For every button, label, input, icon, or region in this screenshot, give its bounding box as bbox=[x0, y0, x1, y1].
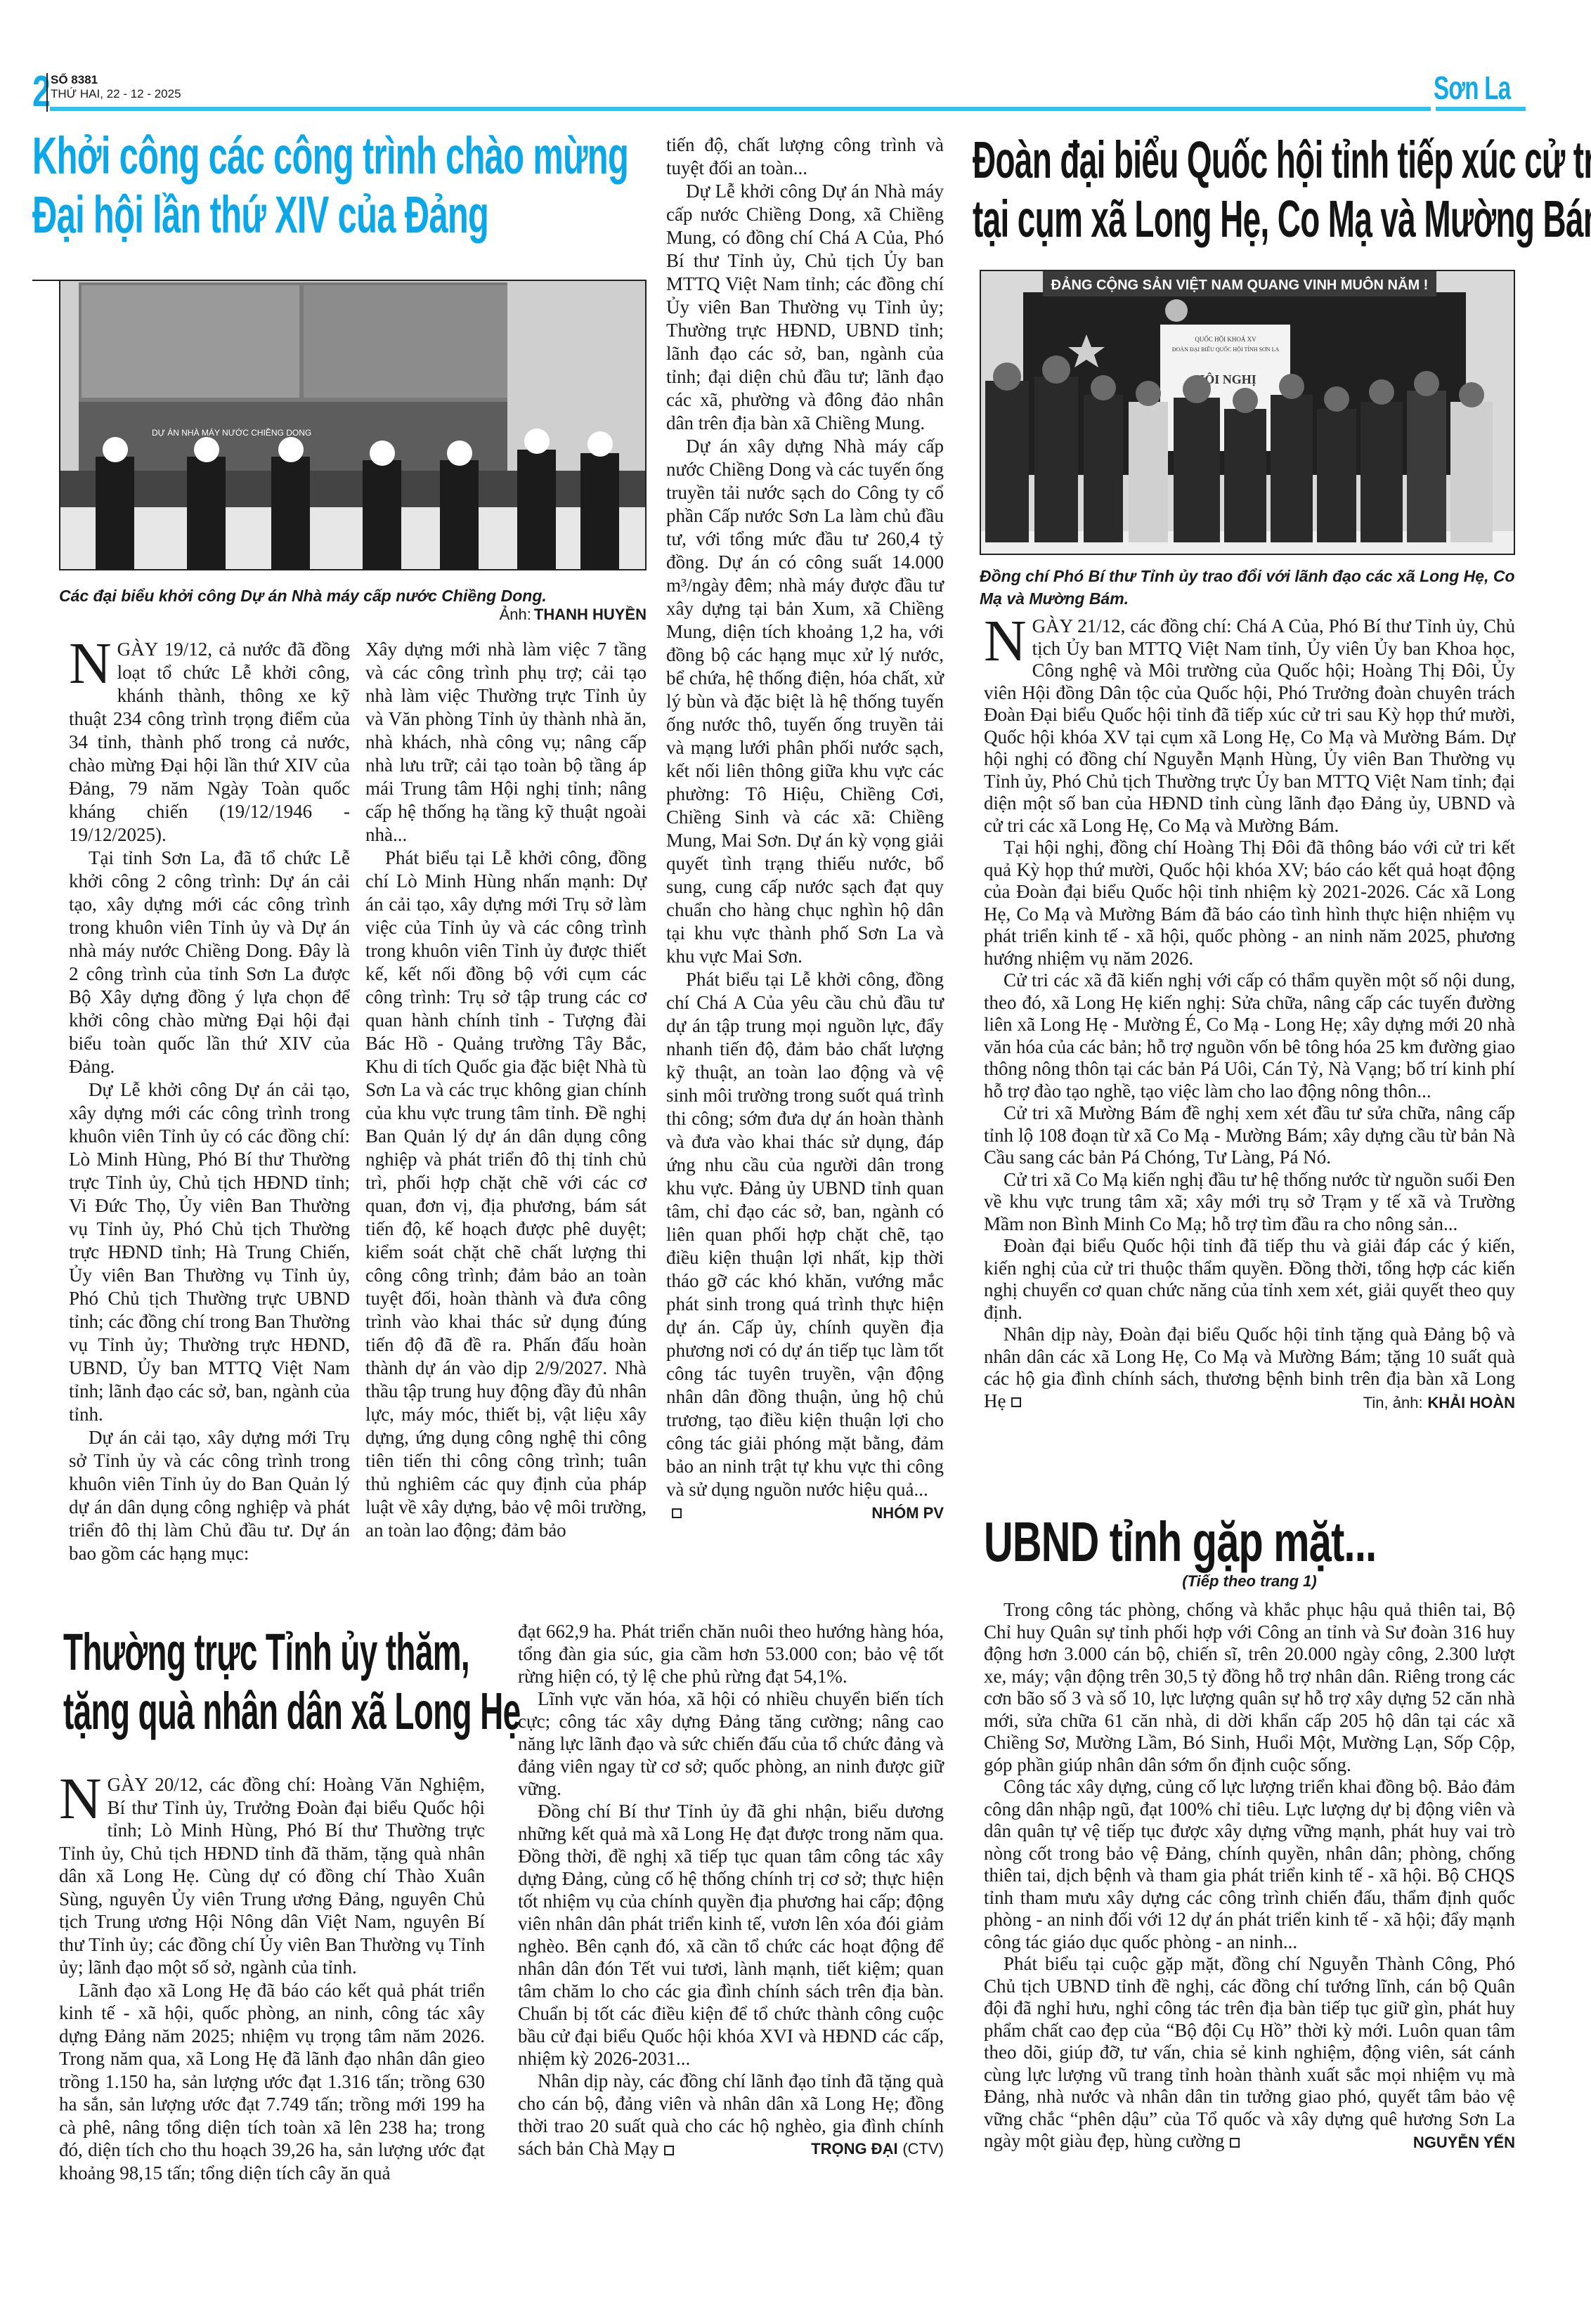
svg-text:ĐOÀN ĐẠI BIỂU QUỐC HỘI TỈNH SƠ: ĐOÀN ĐẠI BIỂU QUỐC HỘI TỈNH SƠN LA bbox=[1172, 346, 1280, 353]
end-mark-icon bbox=[1011, 1397, 1021, 1407]
end-mark-icon bbox=[1230, 2138, 1240, 2148]
article1-para: Dự án cải tạo, xây dựng mới Trụ sở Tỉnh … bbox=[69, 1426, 350, 1565]
end-mark-icon bbox=[672, 1508, 682, 1518]
article3-column1: NGÀY 20/12, các đồng chí: Hoàng Văn Nghi… bbox=[59, 1773, 485, 2184]
article1-column2: Xây dựng mới nhà làm việc 7 tầng và các … bbox=[365, 638, 647, 1542]
article1-para: Xây dựng mới nhà làm việc 7 tầng và các … bbox=[365, 638, 647, 847]
masthead-divider bbox=[46, 73, 48, 112]
article1-para: Dự Lễ khởi công Dự án Nhà máy cấp nước C… bbox=[666, 180, 944, 435]
groundbreaking-photo-icon: DỰ ÁN NHÀ MÁY NƯỚC CHIỀNG DONG bbox=[60, 281, 647, 570]
article4-para-text: Phát biểu tại cuộc gặp mặt, đồng chí Ngu… bbox=[984, 1953, 1515, 2151]
article1-photo-caption: Các đại biểu khởi công Dự án Nhà máy cấp… bbox=[59, 585, 647, 607]
article2-photo-caption: Đồng chí Phó Bí thư Tỉnh ủy trao đổi với… bbox=[980, 565, 1521, 610]
article2-para-text: GÀY 21/12, các đồng chí: Chá A Của, Phó … bbox=[984, 615, 1515, 836]
article1-headline: Khởi công các công trình chào mừng Đại h… bbox=[32, 126, 628, 244]
section-name: Sơn La bbox=[1434, 69, 1510, 107]
article3-byline-name: TRỌNG ĐẠI bbox=[811, 2140, 897, 2157]
article2-body: NGÀY 21/12, các đồng chí: Chá A Của, Phó… bbox=[984, 615, 1515, 1414]
article1-para: Phát biểu tại Lễ khởi công, đồng chí Lò … bbox=[365, 847, 647, 1542]
article2-para: Cử tri xã Co Mạ kiến nghị đầu tư hệ thốn… bbox=[984, 1169, 1515, 1236]
article2-headline-line1: Đoàn đại biểu Quốc hội tỉnh tiếp xúc cử … bbox=[973, 131, 1591, 190]
photo-credit-label: Ảnh: bbox=[500, 606, 531, 623]
issue-number: SỐ 8381 bbox=[51, 73, 181, 87]
article2-headline: Đoàn đại biểu Quốc hội tỉnh tiếp xúc cử … bbox=[973, 131, 1591, 248]
article4-body: Trong công tác phòng, chống và khắc phục… bbox=[984, 1599, 1515, 2153]
dropcap: N bbox=[59, 1776, 102, 1822]
article1-headline-line2: Đại hội lần thứ XIV của Đảng bbox=[32, 185, 628, 244]
byline-label: Tin, ảnh: bbox=[1363, 1394, 1423, 1411]
article4-headline: UBND tỉnh gặp mặt... bbox=[984, 1510, 1376, 1574]
article4-para: Công tác xây dựng, củng cố lực lượng tri… bbox=[984, 1776, 1515, 1953]
article2-para: Đoàn đại biểu Quốc hội tỉnh đã tiếp thu … bbox=[984, 1235, 1515, 1324]
svg-text:QUỐC HỘI KHOÁ XV: QUỐC HỘI KHOÁ XV bbox=[1195, 336, 1256, 343]
article1-byline-name: NHÓM PV bbox=[871, 1501, 944, 1525]
masthead-rule bbox=[50, 107, 1453, 111]
article3-para: Đồng chí Bí thư Tỉnh ủy đã ghi nhận, biể… bbox=[518, 1800, 944, 2070]
svg-text:ĐẢNG CỘNG SẢN VIỆT NAM QUANG V: ĐẢNG CỘNG SẢN VIỆT NAM QUANG VINH MUÔN N… bbox=[1051, 276, 1429, 293]
article4-para: Trong công tác phòng, chống và khắc phục… bbox=[984, 1599, 1515, 1776]
article1-para: Phát biểu tại Lễ khởi công, đồng chí Chá… bbox=[666, 968, 944, 1501]
issue-date: THỨ HAI, 22 - 12 - 2025 bbox=[51, 87, 181, 101]
article2-para: Cử tri các xã đã kiến nghị với cấp có th… bbox=[984, 970, 1515, 1102]
byline-suffix: (CTV) bbox=[902, 2140, 944, 2157]
article3-para: đạt 662,9 ha. Phát triển chăn nuôi theo … bbox=[518, 1620, 944, 1687]
issue-info: SỐ 8381 THỨ HAI, 22 - 12 - 2025 bbox=[51, 73, 181, 101]
article1-headline-line1: Khởi công các công trình chào mừng bbox=[32, 126, 628, 185]
article3-headline: Thường trực Tỉnh ủy thăm, tặng quà nhân … bbox=[63, 1623, 520, 1740]
end-mark-icon bbox=[664, 2146, 674, 2155]
dropcap: N bbox=[984, 618, 1027, 665]
article2-byline: Tin, ảnh: KHẢI HOÀN bbox=[984, 1391, 1515, 1414]
article3-headline-line2: tặng quà nhân dân xã Long Hẹ bbox=[63, 1682, 520, 1741]
article4-byline-name: NGUYỄN YẾN bbox=[1413, 2134, 1515, 2151]
article1-para: Dự án xây dựng Nhà máy cấp nước Chiềng D… bbox=[666, 435, 944, 968]
article1-para: NGÀY 19/12, cả nước đã đồng loạt tổ chức… bbox=[69, 638, 350, 847]
article2-photo: ĐẢNG CỘNG SẢN VIỆT NAM QUANG VINH MUÔN N… bbox=[980, 270, 1515, 555]
article3-para-text: GÀY 20/12, các đồng chí: Hoàng Văn Nghiệ… bbox=[59, 1774, 485, 1978]
article1-photo-credit: Ảnh: THANH HUYỀN bbox=[59, 606, 647, 624]
section-underline bbox=[1436, 107, 1526, 111]
article1-column1: NGÀY 19/12, cả nước đã đồng loạt tổ chức… bbox=[69, 638, 350, 1565]
article3-para: NGÀY 20/12, các đồng chí: Hoàng Văn Nghi… bbox=[59, 1773, 485, 1979]
article2-byline-name: KHẢI HOÀN bbox=[1427, 1394, 1515, 1411]
article1-para: Dự Lễ khởi công Dự án cải tạo, xây dựng … bbox=[69, 1078, 350, 1426]
article2-para: Cử tri xã Mường Bám đề nghị xem xét đầu … bbox=[984, 1102, 1515, 1169]
article3-headline-line1: Thường trực Tỉnh ủy thăm, bbox=[63, 1623, 520, 1682]
photo-credit-name: THANH HUYỀN bbox=[534, 606, 647, 623]
svg-text:DỰ ÁN NHÀ MÁY NƯỚC CHIỀNG DONG: DỰ ÁN NHÀ MÁY NƯỚC CHIỀNG DONG bbox=[152, 427, 311, 438]
article1-column3: tiến độ, chất lượng công trình và tuyệt … bbox=[666, 133, 944, 1525]
article2-para: NGÀY 21/12, các đồng chí: Chá A Của, Phó… bbox=[984, 615, 1515, 837]
continued-from-note: (Tiếp theo trang 1) bbox=[984, 1572, 1515, 1591]
article3-column2: đạt 662,9 ha. Phát triển chăn nuôi theo … bbox=[518, 1620, 944, 2160]
article1-para: Tại tỉnh Sơn La, đã tổ chức Lễ khởi công… bbox=[69, 847, 350, 1078]
article3-para: Lãnh đạo xã Long Hẹ đã báo cáo kết quả p… bbox=[59, 1979, 485, 2185]
article4-para: Phát biểu tại cuộc gặp mặt, đồng chí Ngu… bbox=[984, 1953, 1515, 2153]
article2-headline-line2: tại cụm xã Long Hẹ, Co Mạ và Mường Bám bbox=[973, 190, 1591, 249]
meeting-group-photo-icon: ĐẢNG CỘNG SẢN VIỆT NAM QUANG VINH MUÔN N… bbox=[981, 271, 1515, 555]
article1-photo: DỰ ÁN NHÀ MÁY NƯỚC CHIỀNG DONG bbox=[59, 280, 647, 570]
article1-para: tiến độ, chất lượng công trình và tuyệt … bbox=[666, 133, 944, 180]
article1-byline: NHÓM PV bbox=[666, 1501, 944, 1525]
dropcap: N bbox=[69, 641, 112, 687]
article2-para: Tại hội nghị, đồng chí Hoàng Thị Đôi đã … bbox=[984, 837, 1515, 970]
article3-para: Lĩnh vực văn hóa, xã hội có nhiều chuyển… bbox=[518, 1687, 944, 1800]
